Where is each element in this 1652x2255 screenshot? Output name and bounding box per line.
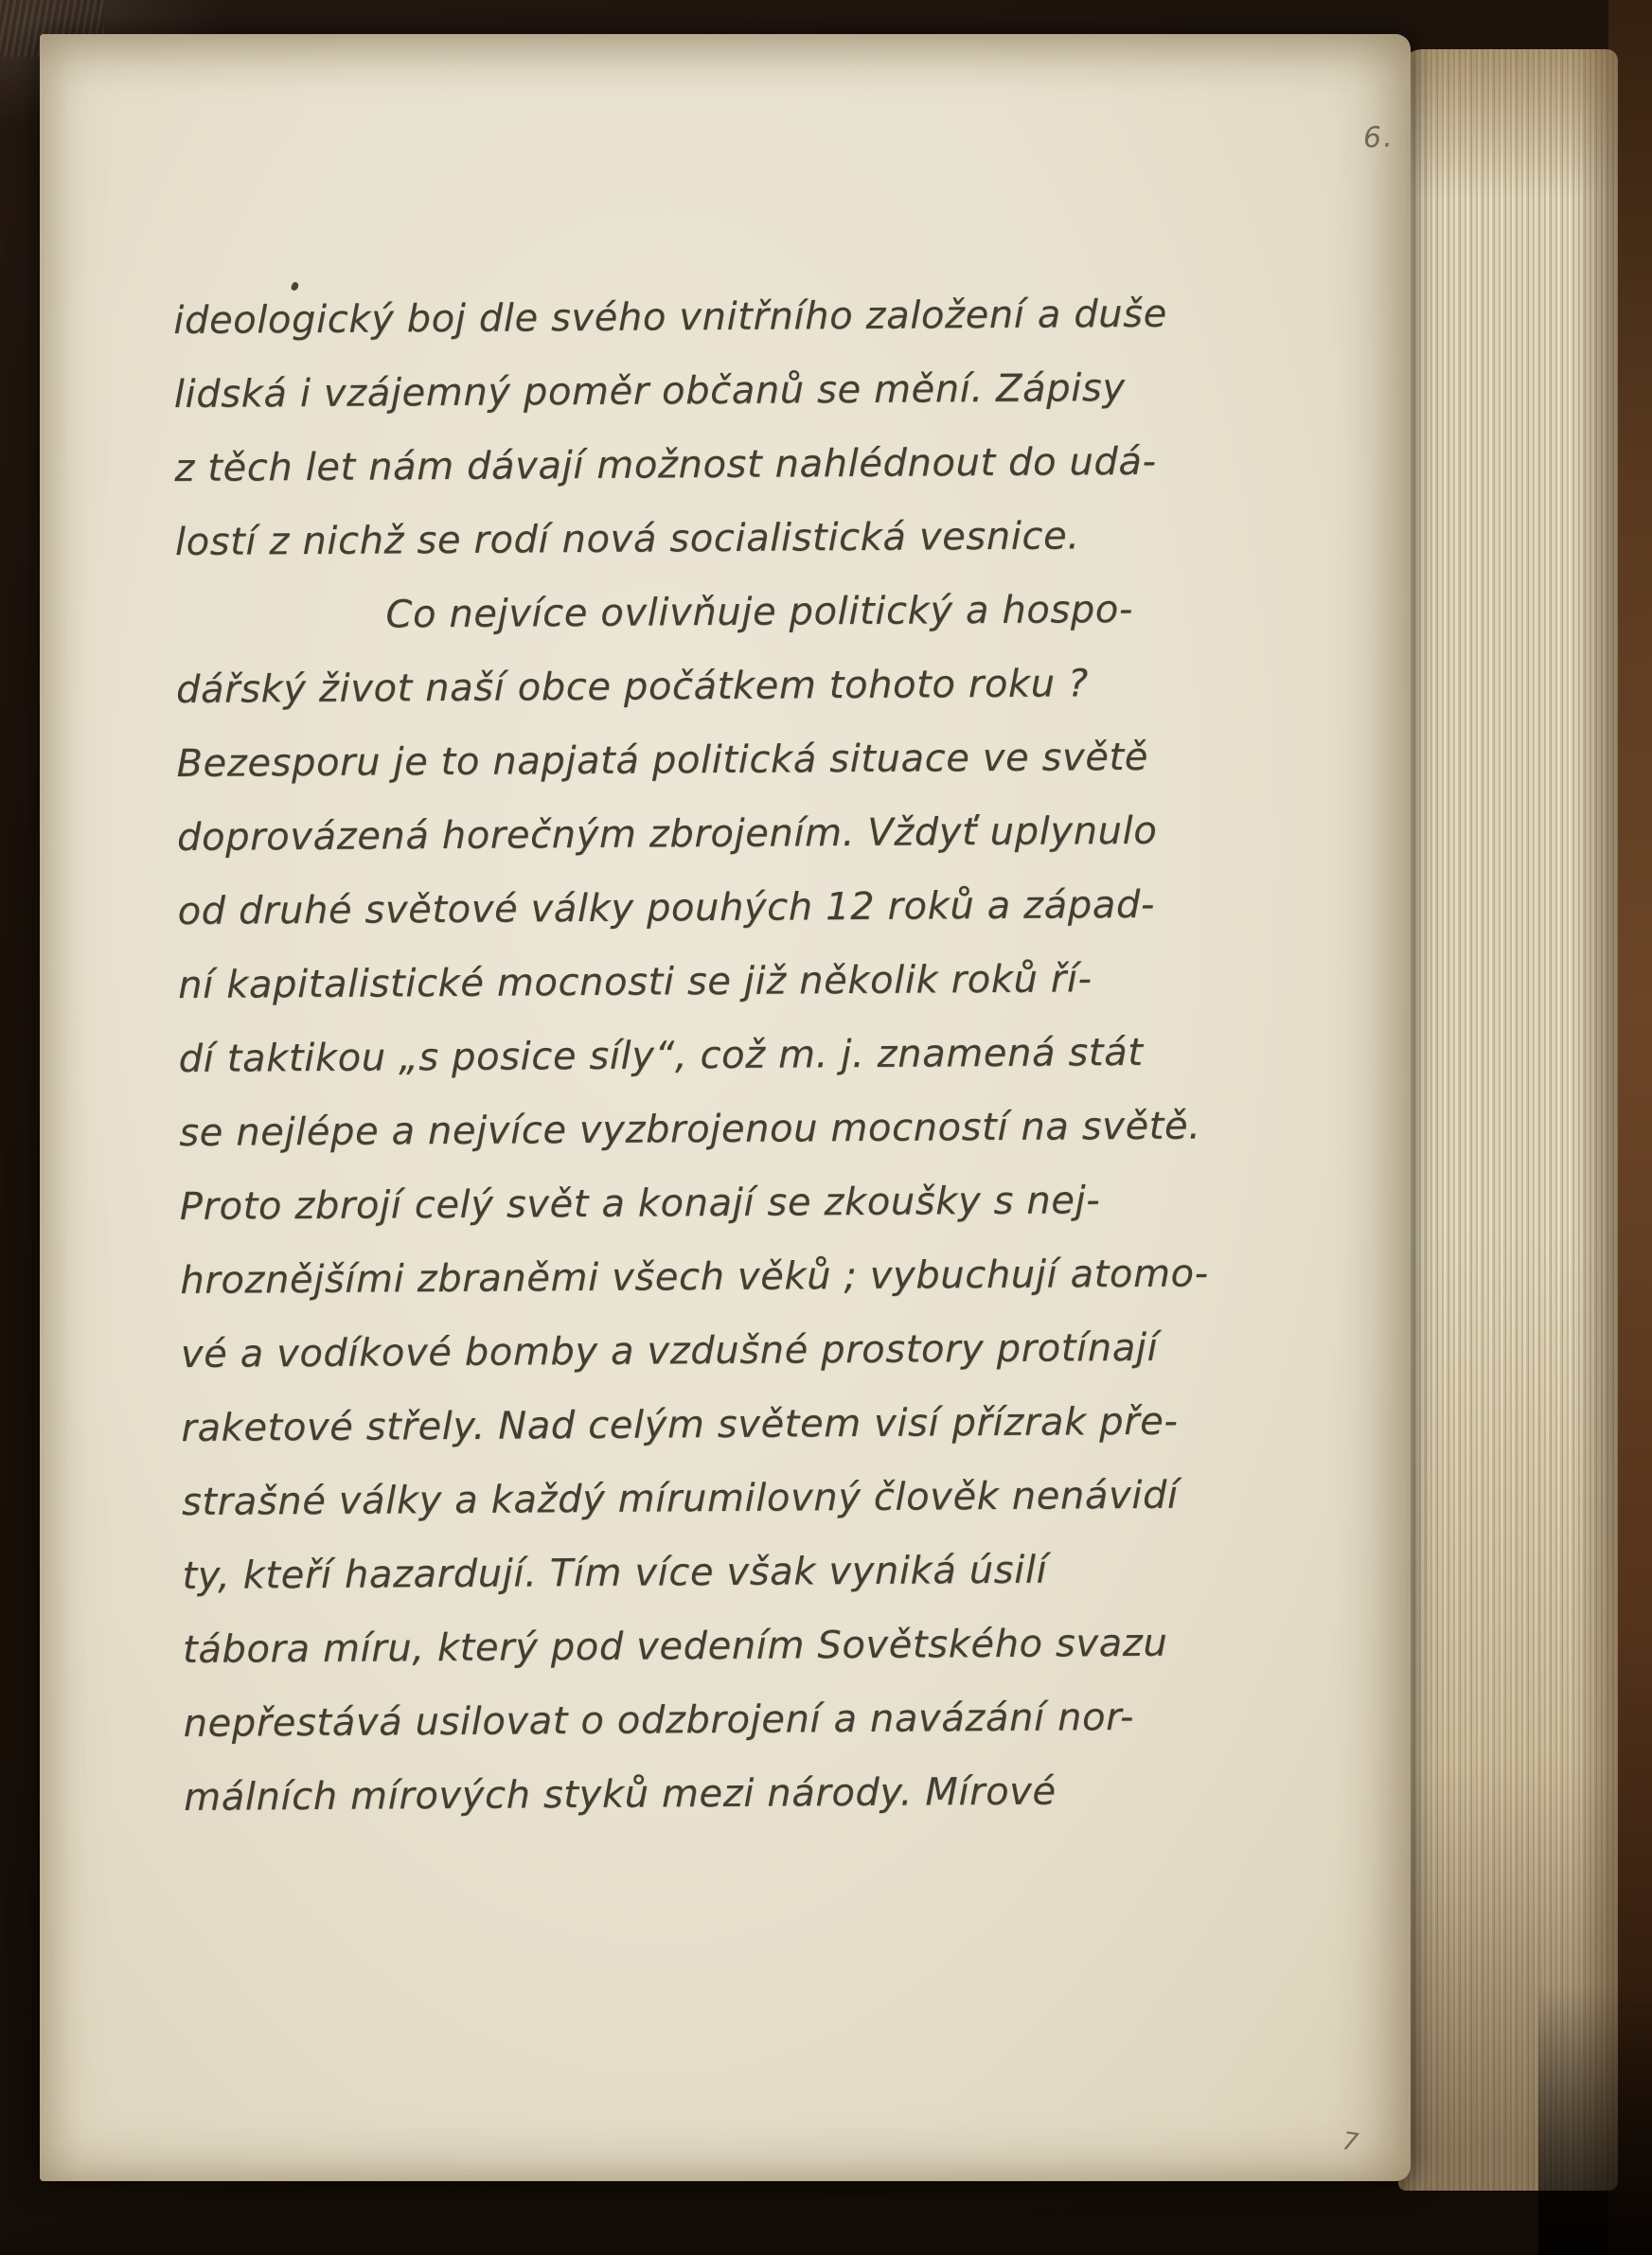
handwritten-line: lostí z nichž se rodí nová socialistická…	[175, 498, 1293, 579]
handwritten-line: hroznějšími zbraněmi všech věků ; vybuch…	[180, 1236, 1298, 1318]
book-scan: 6. ideologický boj dle svého vnitřního z…	[0, 0, 1652, 2255]
handwritten-text-block: ideologický boj dle svého vnitřního zalo…	[173, 276, 1301, 1835]
handwritten-line: málních mírových styků mezi národy. Míro…	[184, 1753, 1302, 1835]
cover-bottom-shadow	[1538, 0, 1652, 2255]
manuscript-page: 6. ideologický boj dle svého vnitřního z…	[40, 34, 1411, 2181]
handwritten-line: Bezesporu je to napjatá politická situac…	[176, 719, 1294, 801]
handwritten-line: ty, kteří hazardují. Tím více však vynik…	[182, 1532, 1300, 1613]
next-page-corner-number: 7	[1341, 2127, 1360, 2157]
handwritten-line: nepřestává usilovat o odzbrojení a naváz…	[183, 1679, 1301, 1761]
page-number: 6.	[1362, 120, 1394, 154]
handwritten-line: Proto zbrojí celý svět a konají se zkouš…	[180, 1163, 1298, 1244]
handwritten-line: od druhé světové války pouhých 12 roků a…	[177, 867, 1295, 949]
handwritten-line: se nejlépe a nejvíce vyzbrojenou mocnost…	[179, 1089, 1297, 1170]
handwritten-line: z těch let nám dávají možnost nahlédnout…	[174, 424, 1292, 506]
handwritten-line: lidská i vzájemný poměr občanů se mění. …	[174, 350, 1292, 432]
handwritten-line: dářský život naší obce počátkem tohoto r…	[176, 646, 1294, 727]
handwritten-line-paragraph-start: Co nejvíce ovlivňuje politický a hospo-	[175, 572, 1293, 653]
handwritten-line: dí taktikou „s posice síly“, což m. j. z…	[178, 1015, 1296, 1096]
handwritten-line: doprovázená horečným zbrojením. Vždyť up…	[177, 793, 1295, 875]
handwritten-line: vé a vodíkové bomby a vzdušné prostory p…	[181, 1310, 1299, 1392]
handwritten-line: raketové střely. Nad celým světem visí p…	[181, 1384, 1299, 1465]
handwritten-line: ideologický boj dle svého vnitřního zalo…	[173, 276, 1291, 358]
handwritten-line: strašné války a každý mírumilovný člověk…	[182, 1458, 1300, 1539]
handwritten-line: tábora míru, který pod vedením Sovětskéh…	[183, 1606, 1301, 1687]
handwritten-line: ní kapitalistické mocnosti se již několi…	[178, 941, 1296, 1022]
